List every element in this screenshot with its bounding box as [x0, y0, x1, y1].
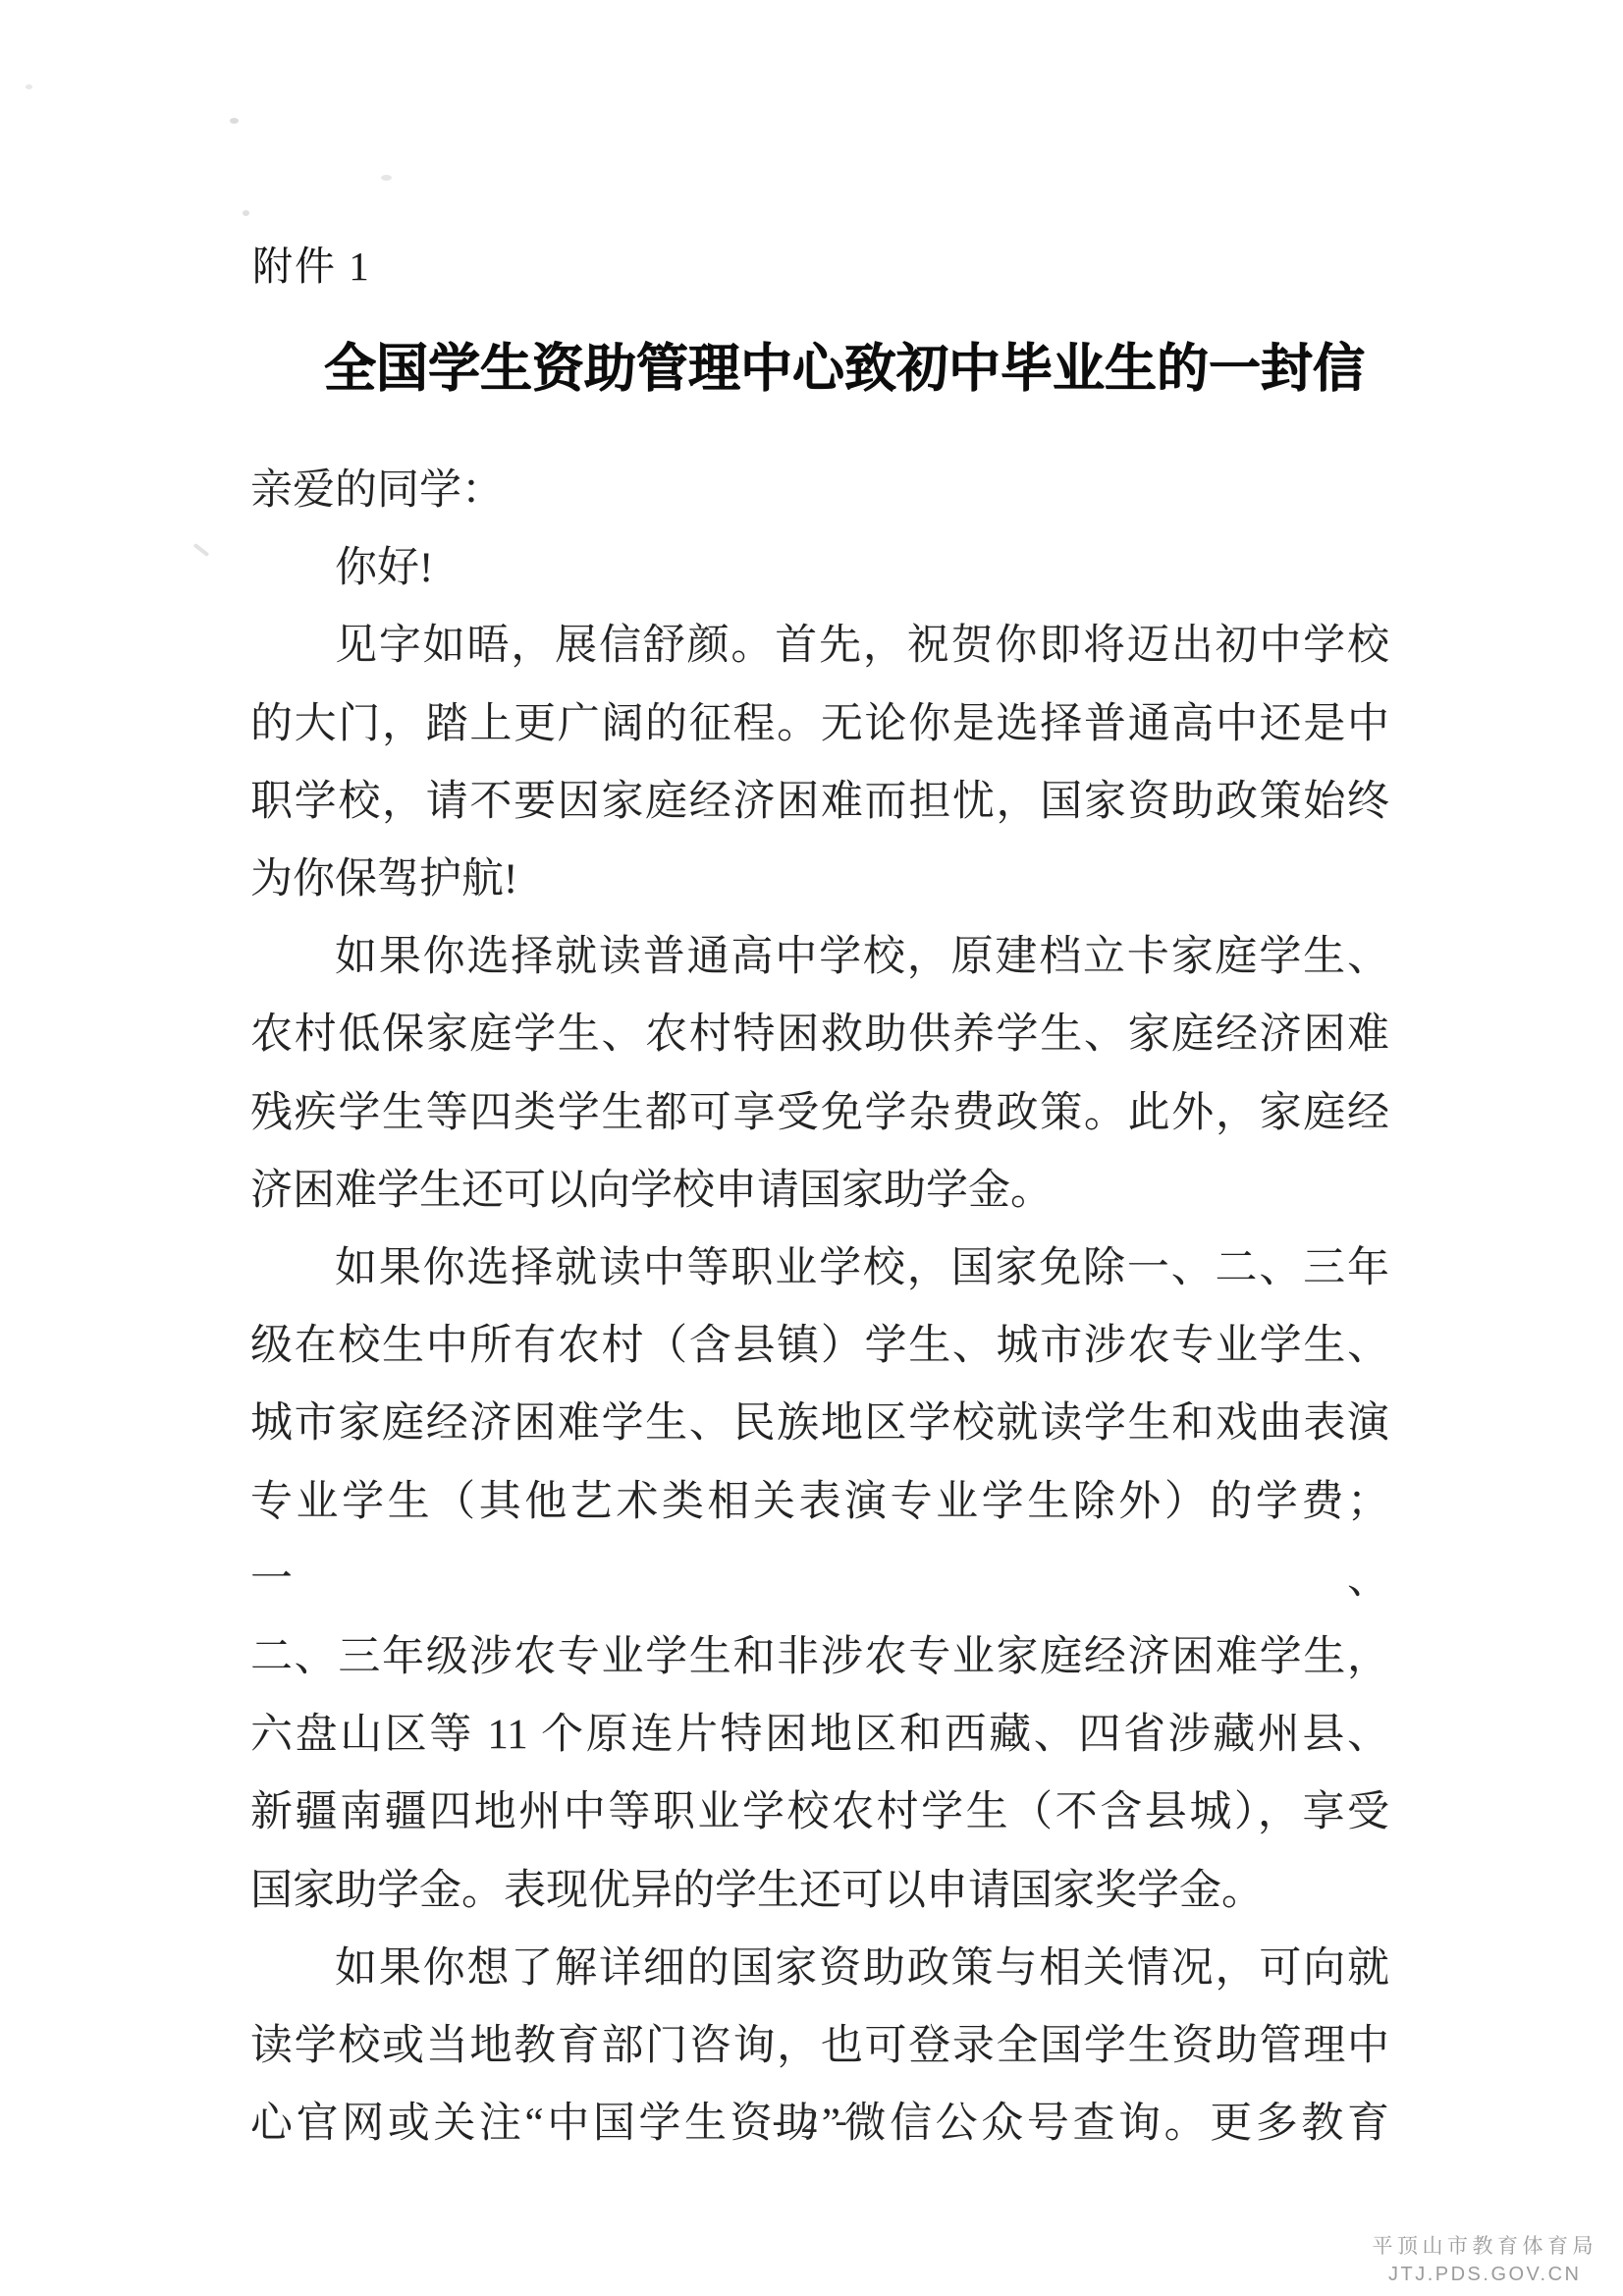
- page-number: - 2 -: [0, 2100, 1623, 2141]
- letter-line: 级在校生中所有农村（含县镇）学生、城市涉农专业学生、: [250, 1307, 1389, 1385]
- watermark-org-name: 平顶山市教育体育局: [1373, 2231, 1598, 2261]
- letter-line: 职学校，请不要因家庭经济困难而担忧，国家资助政策始终: [250, 763, 1389, 841]
- scan-speck: [243, 210, 249, 216]
- letter-line: 城市家庭经济困难学生、民族地区学校就读学生和戏曲表演: [250, 1385, 1389, 1462]
- letter-line: 新疆南疆四地州中等职业学校农村学生（不含县城），享受: [250, 1774, 1389, 1851]
- scan-speck: [26, 84, 32, 89]
- letter-line: 的大门，踏上更广阔的征程。无论你是选择普通高中还是中: [250, 685, 1389, 763]
- letter-line: 见字如晤，展信舒颜。首先，祝贺你即将迈出初中学校: [250, 607, 1389, 684]
- letter-line: 六盘山区等 11 个原连片特困地区和西藏、四省涉藏州县、: [250, 1696, 1389, 1774]
- letter-line: 二、三年级涉农专业学生和非涉农专业家庭经济困难学生，: [250, 1618, 1389, 1696]
- document-page: 附件 1 全国学生资助管理中心致初中毕业生的一封信 亲爱的同学： 你好! 见字如…: [0, 0, 1623, 2296]
- letter-body: 亲爱的同学： 你好! 见字如晤，展信舒颜。首先，祝贺你即将迈出初中学校 的大门，…: [250, 452, 1389, 2162]
- letter-line: 为你保驾护航!: [250, 841, 1389, 918]
- letter-line: 你好!: [250, 529, 1389, 607]
- scan-streak: [193, 543, 210, 557]
- letter-line: 济困难学生还可以向学校申请国家助学金。: [250, 1152, 1389, 1230]
- letter-line: 如果你想了解详细的国家资助政策与相关情况，可向就: [250, 1930, 1389, 2007]
- letter-line: 国家助学金。表现优异的学生还可以申请国家奖学金。: [250, 1852, 1389, 1930]
- letter-line: 如果你选择就读中等职业学校，国家免除一、二、三年: [250, 1230, 1389, 1307]
- letter-line: 如果你选择就读普通高中学校，原建档立卡家庭学生、: [250, 918, 1389, 996]
- attachment-label: 附件 1: [252, 234, 371, 292]
- site-watermark: 平顶山市教育体育局 JTJ.PDS.GOV.CN: [1373, 2231, 1598, 2288]
- scan-speck: [381, 175, 392, 181]
- letter-line: 农村低保家庭学生、农村特困救助供养学生、家庭经济困难: [250, 996, 1389, 1073]
- letter-line: 读学校或当地教育部门咨询，也可登录全国学生资助管理中: [250, 2007, 1389, 2085]
- scan-speck: [230, 118, 239, 124]
- watermark-url: JTJ.PDS.GOV.CN: [1373, 2261, 1598, 2288]
- salutation-line: 亲爱的同学：: [250, 452, 1389, 529]
- letter-title: 全国学生资助管理中心致初中毕业生的一封信: [324, 338, 1339, 401]
- letter-line: 专业学生（其他艺术类相关表演专业学生除外）的学费；一、: [250, 1463, 1389, 1618]
- letter-line: 残疾学生等四类学生都可享受免学杂费政策。此外，家庭经: [250, 1074, 1389, 1152]
